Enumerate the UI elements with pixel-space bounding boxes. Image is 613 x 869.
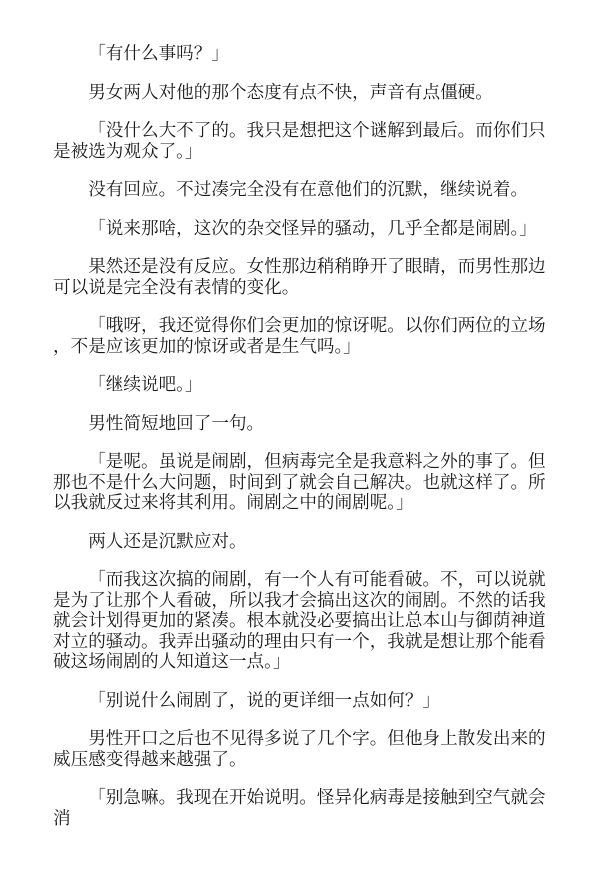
paragraph-dialogue: 「说来那啥，这次的杂交怪异的骚动，几乎全都是闹剧。」 [53, 219, 549, 240]
paragraph-dialogue: 「别说什么闹剧了，说的更详细一点如何？」 [53, 691, 549, 712]
paragraph-dialogue: 「是呢。虽说是闹剧，但病毒完全是我意料之外的事了。但那也不是什么大问题，时间到了… [53, 452, 549, 514]
paragraph-dialogue: 「没什么大不了的。我只是想把这个谜解到最后。而你们只是被选为观众了。」 [53, 121, 549, 162]
paragraph-narration: 两人还是沉默应对。 [53, 532, 549, 553]
paragraph-dialogue: 「别急嘛。我现在开始说明。怪异化病毒是接触到空气就会消 [53, 788, 549, 829]
paragraph-narration: 男女两人对他的那个态度有点不快，声音有点僵硬。 [53, 83, 549, 104]
paragraph-dialogue: 「哦呀，我还觉得你们会更加的惊讶呢。以你们两位的立场，不是应该更加的惊讶或者是生… [53, 316, 549, 357]
paragraph-narration: 果然还是没有反应。女性那边稍稍睁开了眼睛，而男性那边可以说是完全没有表情的变化。 [53, 257, 549, 298]
paragraph-narration: 男性开口之后也不见得多说了几个字。但他身上散发出来的威压感变得越来越强了。 [53, 729, 549, 770]
document-page: 「有什么事吗？」 男女两人对他的那个态度有点不快，声音有点僵硬。 「没什么大不了… [53, 44, 549, 847]
paragraph-narration: 男性简短地回了一句。 [53, 414, 549, 435]
paragraph-dialogue: 「而我这次搞的闹剧，有一个人有可能看破。不，可以说就是为了让那个人看破，所以我才… [53, 570, 549, 673]
paragraph-narration: 没有回应。不过凑完全没有在意他们的沉默，继续说着。 [53, 180, 549, 201]
paragraph-dialogue: 「继续说吧。」 [53, 375, 549, 396]
paragraph-dialogue: 「有什么事吗？」 [53, 44, 549, 65]
